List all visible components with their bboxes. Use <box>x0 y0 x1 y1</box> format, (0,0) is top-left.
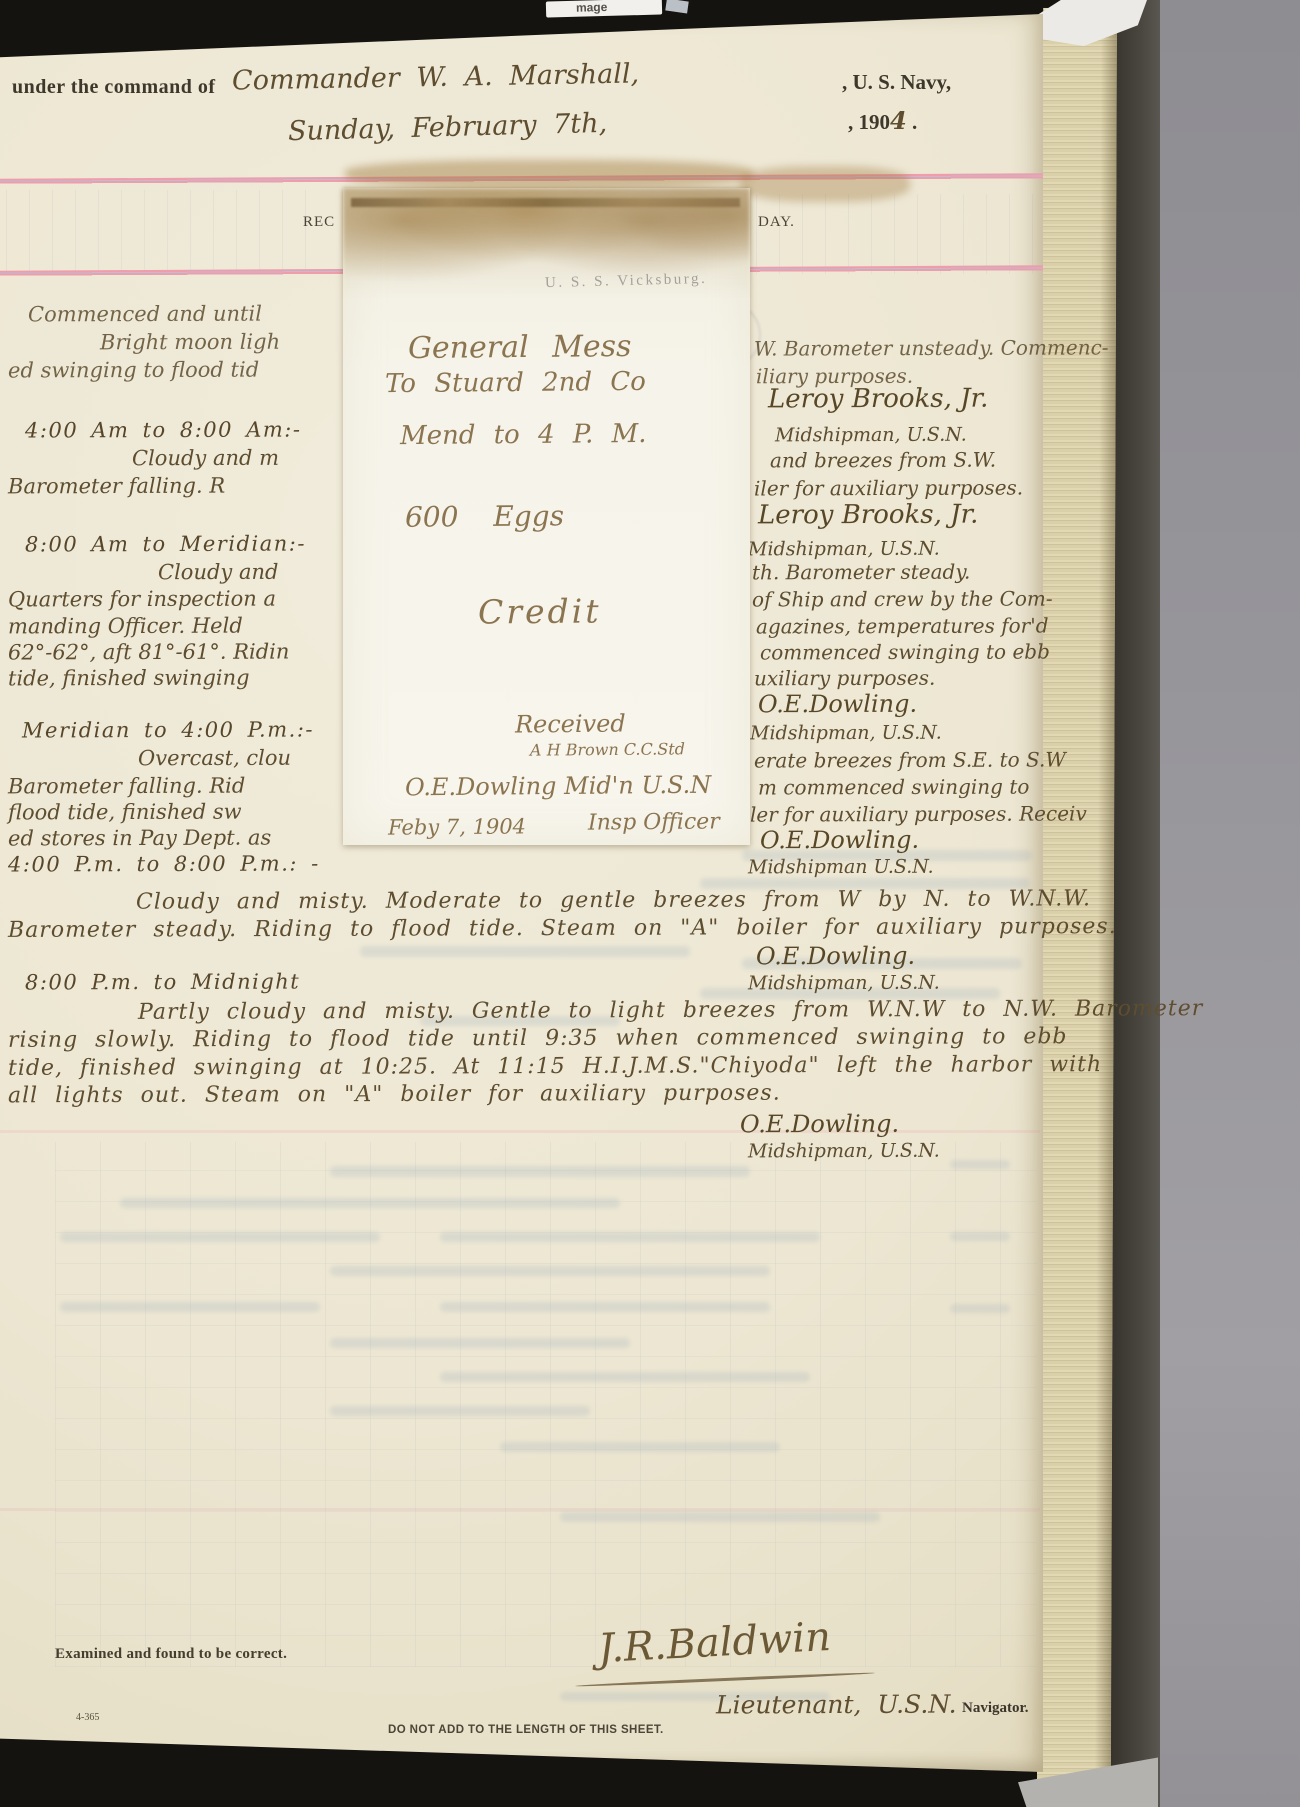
length-warning: DO NOT ADD TO THE LENGTH OF THIS SHEET. <box>388 1724 664 1736</box>
header-printed-navy: , U. S. Navy, <box>842 70 951 95</box>
log-watch-heading: 4:00 Am to 8:00 Am:- <box>25 418 302 443</box>
slip-line-mend: Mend to 4 P. M. <box>400 419 647 451</box>
log-line: manding Officer. Held <box>8 614 243 639</box>
slip-role: Insp Officer <box>588 809 720 835</box>
bleed-through-text <box>60 1302 320 1312</box>
log-line: tide, finished swinging at 10:25. At 11:… <box>8 1052 1102 1081</box>
log-line: agazines, temperatures for'd <box>756 613 1049 638</box>
log-line: Cloudy and <box>158 560 279 584</box>
log-line: ler for auxiliary purposes. Receiv <box>750 801 1087 826</box>
log-line: ed swinging to flood tid <box>8 358 259 383</box>
signature-line: Leroy Brooks, Jr. <box>758 500 979 531</box>
signature-line: Midshipman U.S.N. <box>748 856 934 879</box>
photo-label-small <box>665 0 688 13</box>
bleed-through-text <box>360 946 690 957</box>
slip-line-general-mess: General Mess <box>408 329 632 366</box>
slip-received-by: A H Brown C.C.Std <box>530 739 685 759</box>
log-line: Barometer falling. R <box>8 474 225 499</box>
bleed-through-text <box>440 1372 810 1382</box>
signature-line: Midshipman, U.S.N. <box>775 424 967 447</box>
section-header-fragment-right: DAY. <box>758 214 795 231</box>
header-year-digit-handwritten: 4 <box>890 106 907 135</box>
faint-pink-bleed-line <box>0 1508 1040 1511</box>
examined-statement: Examined and found to be correct. <box>55 1646 287 1663</box>
log-line: tide, finished swinging <box>8 666 250 691</box>
header-printed-prefix: under the command of <box>12 76 216 99</box>
signature-line: O.E.Dowling. <box>758 690 917 719</box>
section-header-fragment-left: REC <box>303 214 335 231</box>
log-line: th. Barometer steady. <box>752 560 970 585</box>
slip-line-eggs: 600 Eggs <box>405 499 564 533</box>
log-line: commenced swinging to ebb <box>760 639 1050 664</box>
navigator-rank-handwritten: Lieutenant, U.S.N. <box>716 1690 957 1720</box>
bleed-through-text <box>500 1442 780 1452</box>
log-line: 62°-62°, aft 81°-61°. Ridin <box>8 640 289 665</box>
signature-line: Midshipman, U.S.N. <box>748 972 940 995</box>
backdrop-gray-band <box>1148 0 1300 1807</box>
photo-label-text-fragment: mage <box>576 0 608 15</box>
slip-signature: O.E.Dowling Mid'n U.S.N <box>405 771 711 802</box>
bleed-through-text <box>440 1232 820 1242</box>
log-line: iler for auxiliary purposes. <box>754 476 1023 501</box>
header-year-prefix: , 190 <box>848 110 890 134</box>
log-line: erate breezes from S.E. to S.W <box>754 747 1066 772</box>
log-line: Partly cloudy and misty. Gentle to light… <box>138 996 1203 1025</box>
log-watch-heading: 4:00 P.m. to 8:00 P.m.: - <box>8 851 320 876</box>
log-line: all lights out. Steam on "A" boiler for … <box>8 1081 781 1109</box>
slip-received: Received <box>515 710 626 739</box>
bleed-through-text <box>950 1304 1010 1313</box>
log-line: uxiliary purposes. <box>754 666 935 691</box>
bleed-through-text <box>60 1232 380 1242</box>
log-watch-heading: Meridian to 4:00 P.m.:- <box>22 717 314 742</box>
bleed-through-text <box>120 1198 620 1208</box>
log-line: Cloudy and misty. Moderate to gentle bre… <box>136 886 1091 914</box>
bleed-through-text <box>330 1166 750 1177</box>
faint-column-grid-left <box>6 190 306 274</box>
log-line: ed stores in Pay Dept. as <box>8 826 271 851</box>
log-watch-heading: 8:00 P.m. to Midnight <box>25 970 300 995</box>
log-line: Cloudy and m <box>132 446 279 471</box>
signature-line: Leroy Brooks, Jr. <box>768 384 989 415</box>
bleed-through-text <box>330 1406 590 1416</box>
signature-line: Midshipman, U.S.N. <box>750 722 942 745</box>
signature-line: O.E.Dowling. <box>756 942 915 971</box>
bleed-through-text <box>330 1338 630 1348</box>
slip-line-credit: Credit <box>478 591 602 631</box>
signature-line: O.E.Dowling. <box>740 1110 899 1139</box>
log-line: Quarters for inspection a <box>8 587 276 612</box>
bleed-through-text <box>440 1302 770 1312</box>
log-line: W. Barometer unsteady. Commenc- <box>754 335 1109 360</box>
photo-label: mage <box>546 0 662 18</box>
log-line: flood tide, finished sw <box>8 800 242 825</box>
log-line: m commenced swinging to <box>758 775 1029 800</box>
log-line: Overcast, clou <box>138 746 291 771</box>
bleed-through-text <box>330 1266 770 1276</box>
signature-line: O.E.Dowling. <box>760 826 919 855</box>
bleed-through-text <box>560 1512 880 1522</box>
signature-line: Midshipman, U.S.N. <box>748 1140 940 1163</box>
log-line: Barometer falling. Rid <box>8 774 245 799</box>
header-year-period: . <box>912 110 917 134</box>
stain-smudge <box>345 160 753 188</box>
pasted-receipt-slip: U. S. S. Vicksburg. General Mess To Stua… <box>343 188 750 845</box>
log-line: Bright moon ligh <box>100 330 280 355</box>
log-watch-heading: 8:00 Am to Meridian:- <box>25 532 306 557</box>
bleed-through-text <box>950 1232 1010 1241</box>
log-line: and breezes from S.W. <box>770 448 996 473</box>
header-year: , 1904 . <box>848 106 917 135</box>
log-line: Barometer steady. Riding to flood tide. … <box>8 914 1117 943</box>
signature-line: Midshipman, U.S.N. <box>748 538 940 561</box>
logbook-photo: under the command of Commander W. A. Mar… <box>0 0 1300 1807</box>
slip-date: Feby 7, 1904 <box>388 814 526 839</box>
bleed-through-text <box>950 1160 1010 1169</box>
faint-column-grid-right <box>756 194 1034 274</box>
log-line: of Ship and crew by the Com- <box>752 586 1053 611</box>
stain-smudge <box>740 166 910 202</box>
log-line: Commenced and until <box>28 302 262 327</box>
navigator-printed-label: Navigator. <box>962 1700 1029 1717</box>
log-line: rising slowly. Riding to flood tide unti… <box>8 1024 1068 1053</box>
faint-table-grid-bottom <box>55 1142 1037 1667</box>
slip-stain-streak <box>351 198 740 207</box>
form-number: 4-365 <box>76 1712 99 1723</box>
slip-line-to-steward: To Stuard 2nd Co <box>385 367 646 399</box>
